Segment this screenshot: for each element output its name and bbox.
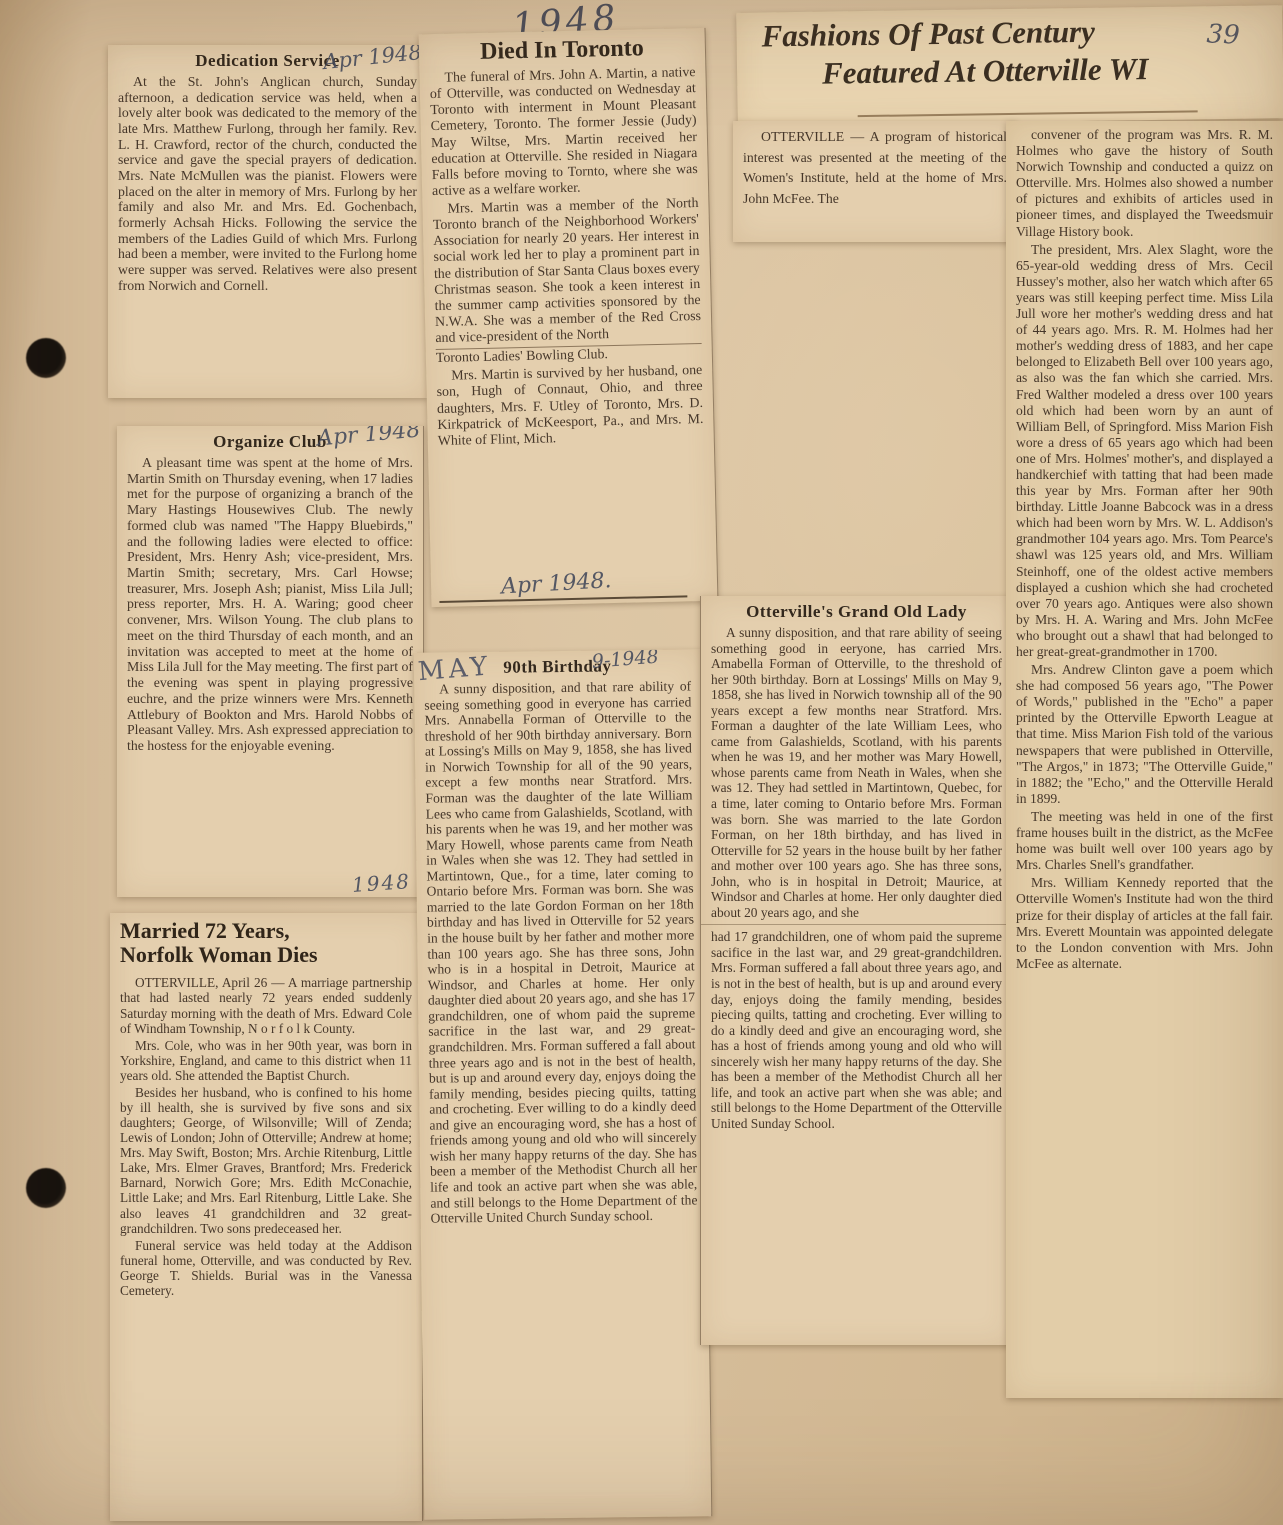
article-paragraph: OTTERVILLE — A program of historical int…: [743, 127, 1007, 210]
article-paragraph: The president, Mrs. Alex Slaght, wore th…: [1016, 242, 1273, 660]
article-paragraph: Mrs. Martin is survived by her husband, …: [436, 363, 704, 450]
article-title-died-in-toronto: Died In Toronto: [429, 34, 696, 67]
clipping-fashions-lead: OTTERVILLE — A program of historical int…: [733, 121, 1017, 242]
article-paragraph: OTTERVILLE, April 26 — A marriage partne…: [120, 975, 412, 1035]
handwritten-date-annotation: Apr 1948.: [500, 568, 612, 599]
clipping-seam: [701, 924, 1012, 925]
article-title-dedication-service: Dedication Service: [118, 51, 417, 71]
article-title-90th-birthday: 90th Birthday: [424, 655, 691, 678]
article-paragraph: Funeral service was held today at the Ad…: [120, 1238, 412, 1298]
clipping-died-in-toronto: Died In Toronto The funeral of Mrs. John…: [419, 28, 719, 607]
article-title-married-72-years: Married 72 Years, Norfolk Woman Dies: [120, 919, 412, 967]
scrapbook-page: 1948 Dedication Service Apr 1948 At the …: [0, 0, 1283, 1525]
punch-hole: [26, 338, 66, 378]
article-paragraph: Mrs. Martin was a member of the North To…: [432, 196, 701, 347]
article-paragraph: A sunny disposition, and that rare abili…: [424, 678, 698, 1226]
article-paragraph: Mrs. Andrew Clinton gave a poem which sh…: [1016, 662, 1273, 807]
article-paragraph: A pleasant time was spent at the home of…: [127, 455, 413, 754]
article-title-organize-club: Organize Club: [127, 432, 413, 452]
clipping-fashions-column-2: convener of the program was Mrs. R. M. H…: [1006, 121, 1283, 1398]
title-line-2: Norfolk Woman Dies: [120, 942, 318, 967]
clipping-bottom-rule: [439, 595, 687, 603]
article-paragraph: Mrs. Cole, who was in her 90th year, was…: [120, 1038, 412, 1083]
handwritten-year-annotation: 1948: [351, 869, 411, 897]
headline-fashions-line-2: Featured At Otterville WI: [807, 49, 1273, 92]
clipping-dedication-service: Dedication Service Apr 1948 At the St. J…: [108, 45, 428, 398]
headline-underline: [858, 110, 1198, 117]
clipping-organize-club: Organize Club Apr 1948 A pleasant time w…: [117, 426, 424, 897]
article-paragraph: Besides her husband, who is confined to …: [120, 1085, 412, 1236]
clipping-fashions-headline: Fashions Of Past Century Featured At Ott…: [736, 5, 1283, 126]
article-paragraph: Mrs. William Kennedy reported that the O…: [1016, 875, 1273, 972]
clipping-grand-old-lady: Otterville's Grand Old Lady A sunny disp…: [700, 596, 1013, 1345]
article-paragraph: convener of the program was Mrs. R. M. H…: [1016, 127, 1273, 240]
headline-fashions-line-1: Fashions Of Past Century: [746, 11, 1272, 54]
punch-hole: [26, 1168, 66, 1208]
clipping-married-72-years: Married 72 Years, Norfolk Woman Dies OTT…: [110, 913, 423, 1521]
title-line-1: Married 72 Years,: [120, 918, 290, 943]
article-paragraph: The funeral of Mrs. John A. Martin, a na…: [429, 65, 698, 200]
article-title-grand-old-lady: Otterville's Grand Old Lady: [711, 602, 1002, 622]
article-paragraph: had 17 grandchildren, one of whom paid t…: [711, 929, 1002, 1131]
article-paragraph: The meeting was held in one of the first…: [1016, 809, 1273, 873]
clipping-90th-birthday: 90th Birthday MAY 9-1948 A sunny disposi…: [414, 649, 713, 1519]
article-paragraph: At the St. John's Anglican church, Sunda…: [118, 74, 417, 293]
article-paragraph: A sunny disposition, and that rare abili…: [711, 625, 1002, 920]
